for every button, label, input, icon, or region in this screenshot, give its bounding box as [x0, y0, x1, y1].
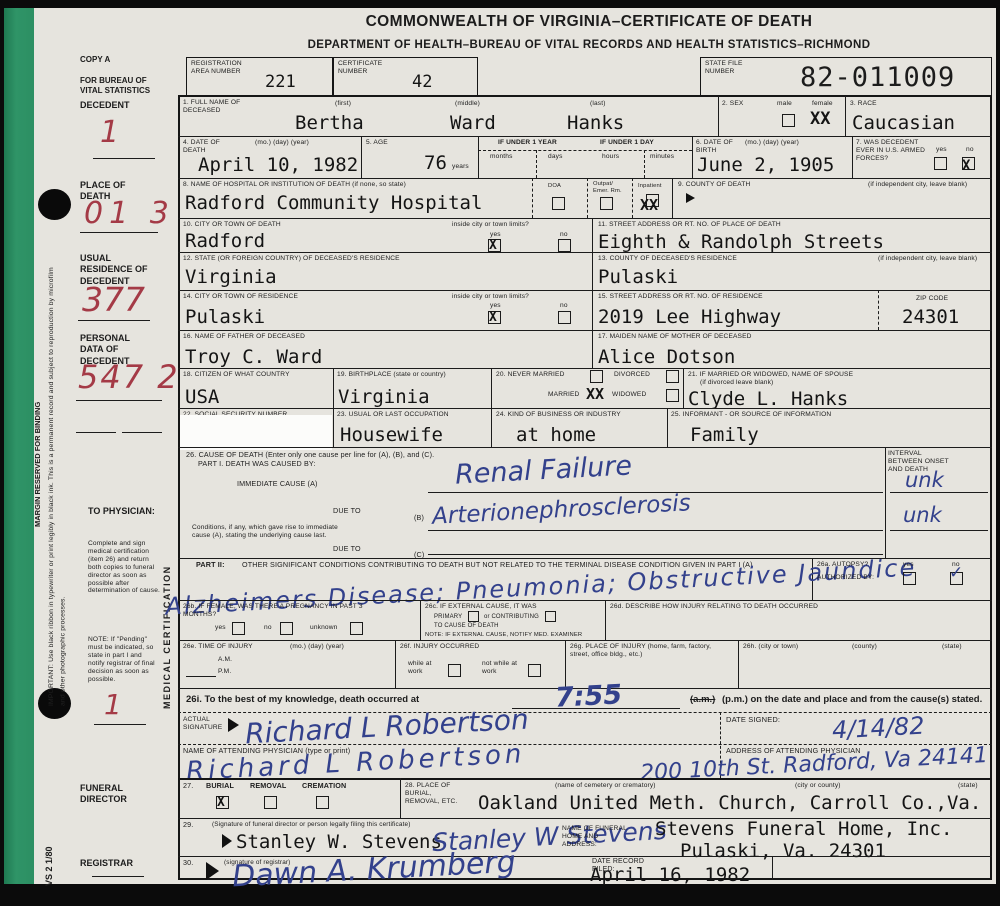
row-line: [178, 640, 992, 641]
funeral-home-label: NAME OF FUNERAL HOME AND ADDRESS:: [562, 825, 628, 849]
state-file-value: 82-011009: [800, 62, 955, 93]
cremation-label: CREMATION: [302, 782, 346, 791]
burial-city-hint: (city or county): [795, 782, 841, 790]
hole-punch-top: [38, 189, 71, 220]
residence-limits-label: inside city or town limits?: [452, 293, 529, 301]
minutes-label: minutes: [650, 153, 674, 161]
row-line: [178, 136, 992, 137]
margin-pending-note: NOTE: If "Pending" must be indicated, so…: [88, 636, 160, 683]
row-line: [178, 778, 992, 780]
part1-label: PART I. DEATH WAS CAUSED BY:: [198, 460, 316, 469]
actual-signature-label: ACTUAL SIGNATURE: [183, 716, 223, 732]
injury-occurred-label: 26f. INJURY OCCURRED: [400, 643, 479, 651]
limits-yes-mark: X: [489, 238, 497, 253]
widowed-checkbox: [666, 389, 679, 402]
birthplace-label: 19. BIRTHPLACE (state or country): [337, 371, 446, 379]
margin-funeral-label: FUNERAL DIRECTOR: [80, 783, 140, 806]
middle-label: (middle): [455, 100, 480, 108]
divorced-label: DIVORCED: [614, 371, 650, 379]
interval-b-line: [890, 530, 988, 531]
b-label: (B): [414, 514, 424, 523]
autopsy-label: 26a. AUTOPSY?: [817, 561, 868, 569]
burial-mark: X: [217, 795, 225, 810]
page-subtitle: DEPARTMENT OF HEALTH–BUREAU OF VITAL REC…: [186, 39, 992, 51]
father-label: 16. NAME OF FATHER OF DECEASED: [183, 333, 305, 341]
sex-female-label: female: [812, 100, 833, 108]
outpatient-label: Outpat/ Emer. Rm.: [593, 181, 627, 195]
field1-label: 1. FULL NAME OF DECEASED: [183, 99, 253, 115]
dashed-row-line: [178, 712, 992, 713]
pregnancy-no-label: no: [264, 624, 272, 632]
divider: [592, 252, 593, 290]
pregnancy-unknown-checkbox: [350, 622, 363, 635]
residence-limits-yes-label: yes: [490, 302, 501, 310]
armed-forces-label: 7. WAS DECEDENT EVER IN U.S. ARMED FORCE…: [856, 139, 931, 163]
primary-checkbox: [468, 611, 479, 622]
zip-value: 24301: [902, 306, 959, 328]
medical-certification-vertical-label: MEDICAL CERTIFICATION: [162, 447, 173, 709]
while-at-work-checkbox: [448, 664, 461, 677]
sex-label: 2. SEX: [722, 100, 743, 108]
interval-a-line: [890, 492, 988, 493]
burial-label: BURIAL: [206, 782, 234, 791]
street-of-death-label: 11. STREET ADDRESS OR RT. NO. OF PLACE O…: [598, 221, 781, 229]
residence-street-label: 15. STREET ADDRESS OR RT. NO. OF RESIDEN…: [598, 293, 763, 301]
mother-label: 17. MAIDEN NAME OF MOTHER OF DECEASED: [598, 333, 752, 341]
margin-line: [94, 724, 146, 725]
margin-physician-note: Complete and sign medical certification …: [88, 540, 160, 595]
armed-forces-no-label: no: [966, 146, 974, 154]
last-name-value: Hanks: [567, 112, 624, 134]
middle-name-value: Ward: [450, 112, 496, 134]
cemetery-hint: (name of cemetery or crematory): [555, 782, 656, 790]
divider: [491, 368, 492, 408]
margin-place-code: 01 3: [84, 196, 175, 231]
inpatient-mark: XX: [640, 196, 658, 214]
divider: [738, 640, 739, 688]
margin-line: [80, 232, 158, 233]
contributing-label: or CONTRIBUTING: [484, 614, 539, 621]
row-line: [178, 600, 992, 601]
pm-label: P.M.: [218, 668, 231, 676]
state-file-label: STATE FILE NUMBER: [705, 60, 760, 76]
married-mark: XX: [586, 385, 604, 403]
residence-city-value: Pulaski: [185, 306, 265, 328]
sex-male-checkbox: [782, 114, 795, 127]
pregnancy-unknown-label: unknown: [310, 624, 337, 632]
margin-personal-code: 547 2: [78, 358, 180, 396]
primary-label: PRIMARY: [434, 614, 462, 621]
autopsy-no-mark: ✓: [949, 563, 963, 583]
occupation-label: 23. USUAL OR LAST OCCUPATION: [337, 411, 449, 419]
divider: [592, 330, 593, 368]
city-of-death-value: Radford: [185, 230, 265, 252]
margin-residence-code: 377: [82, 280, 145, 319]
place-of-burial-value: Oakland United Meth. Church, Carroll Co.…: [478, 792, 981, 814]
dashed-line: [478, 150, 692, 151]
form-code: VS 2 1/80: [44, 816, 55, 886]
margin-line: [92, 876, 144, 877]
certificate-value: 42: [412, 72, 432, 92]
under-1-day-label: IF UNDER 1 DAY: [600, 139, 654, 147]
last-label: (last): [590, 100, 606, 108]
armed-forces-no-mark: X: [962, 158, 970, 174]
divider: [333, 368, 334, 408]
hospital-value: Radford Community Hospital: [185, 192, 482, 214]
margin-registrar-label: REGISTRAR: [80, 858, 133, 869]
immediate-cause-label: IMMEDIATE CAUSE (A): [237, 480, 318, 489]
never-married-checkbox: [590, 370, 603, 383]
occupation-value: Housewife: [340, 424, 443, 446]
field30-num: 30.: [183, 859, 193, 868]
divider: [420, 600, 421, 640]
page-title: COMMONWEALTH OF VIRGINIA–CERTIFICATE OF …: [186, 13, 992, 31]
funeral-signature-hint: (Signature of funeral director or person…: [212, 821, 411, 829]
dashed-divider: [536, 150, 537, 178]
pointer-icon: [686, 193, 695, 203]
zip-label: ZIP CODE: [916, 295, 948, 303]
city-limits-label: inside city or town limits?: [452, 221, 529, 229]
residence-state-label: 12. STATE (OR FOREIGN COUNTRY) OF DECEAS…: [183, 255, 400, 263]
limits-no-checkbox: [558, 239, 571, 252]
widowed-label: WIDOWED: [612, 391, 646, 399]
hours-label: hours: [602, 153, 619, 161]
death-occurred-prefix: 26i. To the best of my knowledge, death …: [186, 694, 419, 705]
cause-c-line: [428, 554, 883, 555]
spouse-value: Clyde L. Hanks: [688, 388, 848, 410]
row-line: [178, 330, 992, 331]
margin-to-physician-label: TO PHYSICIAN:: [88, 506, 158, 517]
am-strikethrough: (a.m.): [690, 694, 715, 705]
divider: [491, 408, 492, 447]
county-of-death-hint: (if independent city, leave blank): [868, 181, 967, 189]
divider: [592, 218, 593, 252]
margin-binding-note: MARGIN RESERVED FOR BINDING: [33, 322, 42, 527]
date-filed-value: April 16, 1982: [590, 864, 750, 886]
residence-street-value: 2019 Lee Highway: [598, 306, 781, 328]
divider: [718, 96, 719, 136]
city-of-death-label: 10. CITY OR TOWN OF DEATH: [183, 221, 281, 229]
due-to-c-label: DUE TO: [333, 545, 361, 554]
scan-edge-top: [0, 0, 1000, 8]
injury-state-label: (state): [942, 643, 962, 651]
dashed-divider: [878, 290, 879, 330]
hospital-label: 8. NAME OF HOSPITAL OR INSTITUTION OF DE…: [183, 181, 406, 189]
autopsy-yes-checkbox: [903, 572, 916, 585]
cause-b-line: [428, 530, 883, 531]
mother-value: Alice Dotson: [598, 346, 735, 368]
divider: [361, 136, 362, 178]
informant-label: 25. INFORMANT - OR SOURCE OF INFORMATION: [671, 411, 831, 419]
dashed-divider: [644, 150, 645, 178]
binding-stripe: [4, 0, 34, 884]
cremation-checkbox: [316, 796, 329, 809]
divider: [478, 136, 479, 178]
residence-county-value: Pulaski: [598, 266, 678, 288]
place-of-burial-label: 28. PLACE OF BURIAL, REMOVAL, ETC.: [405, 782, 465, 806]
time-of-injury-label: 26e. TIME OF INJURY: [183, 643, 253, 651]
death-certificate-scan: COMMONWEALTH OF VIRGINIA–CERTIFICATE OF …: [0, 0, 1000, 906]
divider: [605, 600, 606, 640]
doa-checkbox: [552, 197, 565, 210]
age-label: 5. AGE: [366, 139, 388, 147]
margin-decedent-label: DECEDENT: [80, 100, 130, 111]
row-line: [178, 252, 992, 253]
field29-num: 29.: [183, 821, 193, 830]
margin-important-note: IMPORTANT: Use black ribbon in typewrite…: [46, 258, 70, 706]
divider: [683, 368, 684, 408]
divider: [400, 778, 401, 818]
months-label: months: [490, 153, 513, 161]
row-line: [178, 408, 992, 409]
contributing-checkbox: [545, 611, 556, 622]
burial-state-hint: (state): [958, 782, 978, 790]
age-unit: years: [452, 163, 469, 171]
date-of-death-sub: (mo.) (day) (year): [255, 139, 309, 147]
removal-checkbox: [264, 796, 277, 809]
business-label: 24. KIND OF BUSINESS OR INDUSTRY: [496, 411, 621, 419]
under-1-year-label: IF UNDER 1 YEAR: [498, 139, 557, 147]
county-of-death-label: 9. COUNTY OF DEATH: [678, 181, 750, 189]
while-at-work-label: while at work: [408, 660, 440, 676]
first-name-value: Bertha: [295, 112, 364, 134]
margin-line: [93, 158, 155, 159]
divider: [845, 96, 846, 136]
external-cause-label: 26c. IF EXTERNAL CAUSE, IT WAS: [425, 603, 537, 611]
field27-num: 27.: [183, 782, 193, 791]
margin-line: [122, 432, 162, 433]
dob-label: 6. DATE OF BIRTH: [696, 139, 741, 155]
ssn-redaction-box: [180, 415, 332, 450]
residence-state-value: Virginia: [185, 266, 277, 288]
armed-forces-yes-label: yes: [936, 146, 947, 154]
removal-label: REMOVAL: [250, 782, 286, 791]
divorced-checkbox: [666, 370, 679, 383]
place-of-injury-label: 26g. PLACE OF INJURY (home, farm, factor…: [570, 643, 720, 659]
registration-value: 221: [265, 72, 296, 92]
residence-city-label: 14. CITY OR TOWN OF RESIDENCE: [183, 293, 298, 301]
row-line: [178, 178, 992, 179]
scan-edge-right: [996, 0, 1000, 906]
residence-county-label: 13. COUNTY OF DECEASED'S RESIDENCE: [598, 255, 737, 263]
residence-limits-yes-mark: X: [489, 310, 497, 325]
margin-decedent-code: 1: [100, 115, 119, 150]
divider: [333, 408, 334, 447]
funeral-home-name: Stevens Funeral Home, Inc.: [655, 818, 952, 840]
not-while-at-work-label: not while at work: [482, 660, 518, 676]
spouse-label: 21. IF MARRIED OR WIDOWED, NAME OF SPOUS…: [688, 371, 853, 379]
not-while-at-work-checkbox: [528, 664, 541, 677]
birthplace-value: Virginia: [338, 386, 430, 408]
date-of-death-label: 4. DATE OF DEATH: [183, 139, 243, 155]
never-married-label: 20. NEVER MARRIED: [496, 371, 565, 379]
injury-county-label: (county): [852, 643, 877, 651]
death-occurred-suffix: (p.m.) on the date and place and from th…: [722, 694, 982, 705]
am-label: A.M.: [218, 656, 232, 664]
street-of-death-value: Eighth & Randolph Streets: [598, 231, 884, 253]
first-label: (first): [335, 100, 351, 108]
row-line: [178, 368, 992, 369]
doa-label: DOA: [548, 183, 561, 190]
married-label: MARRIED: [548, 391, 579, 399]
dob-sub: (mo.) (day) (year): [745, 139, 799, 147]
residence-county-hint: (if independent city, leave blank): [878, 255, 977, 263]
pregnancy-no-checkbox: [280, 622, 293, 635]
pregnancy-label: 26b. IF FEMALE, WAS THERE A PREGNANCY IN…: [183, 603, 363, 619]
outpatient-checkbox: [600, 197, 613, 210]
pregnancy-yes-checkbox: [232, 622, 245, 635]
date-signed-value: 4/14/82: [831, 712, 925, 745]
copy-label: COPY A: [80, 55, 110, 65]
divider: [667, 408, 668, 447]
interval-b-value: unk: [903, 503, 942, 527]
injury-city-label: 26h. (city or town): [743, 643, 798, 651]
residence-limits-no-label: no: [560, 302, 568, 310]
interval-a-value: unk: [905, 468, 944, 492]
margin-funeral-code: 1: [104, 688, 122, 721]
pregnancy-yes-label: yes: [215, 624, 226, 632]
sex-female-mark: XX: [810, 109, 830, 129]
bureau-label: FOR BUREAU OF VITAL STATISTICS: [80, 76, 155, 96]
divider: [692, 136, 693, 178]
divider: [672, 178, 673, 218]
divider: [395, 640, 396, 688]
external-note: NOTE: IF EXTERNAL CAUSE, NOTIFY MED. EXA…: [425, 632, 582, 639]
dashed-row-line: [178, 744, 992, 745]
sex-male-label: male: [777, 100, 792, 108]
to-cause-label: TO CAUSE OF DEATH: [434, 623, 499, 630]
citizen-value: USA: [185, 386, 219, 408]
limits-no-label: no: [560, 231, 568, 239]
certificate-label: CERTIFICATE NUMBER: [338, 60, 400, 76]
date-of-death-value: April 10, 1982: [198, 154, 358, 176]
divider: [852, 136, 853, 178]
signature-pointer-icon: [228, 718, 239, 732]
margin-line: [76, 432, 116, 433]
dashed-divider: [532, 178, 533, 218]
conditions-note: Conditions, if any, which gave rise to i…: [192, 524, 342, 540]
race-value: Caucasian: [852, 112, 955, 134]
date-signed-label: DATE SIGNED:: [726, 715, 780, 724]
divider: [885, 447, 886, 558]
funeral-pointer-icon: [222, 834, 232, 848]
father-value: Troy C. Ward: [185, 346, 322, 368]
registration-label: REGISTRATION AREA NUMBER: [191, 60, 253, 76]
registrar-pointer-icon: [206, 862, 219, 880]
race-label: 3. RACE: [850, 100, 877, 108]
authorized-by-label: AUTHORIZED BY:: [817, 574, 874, 582]
citizen-label: 18. CITIZEN OF WHAT COUNTRY: [183, 371, 290, 379]
divider: [565, 640, 566, 688]
row-line: [178, 447, 992, 448]
describe-injury-label: 26d. DESCRIBE HOW INJURY RELATING TO DEA…: [610, 603, 818, 611]
divider: [772, 856, 773, 880]
autopsy-yes-label: yes: [903, 561, 914, 569]
row-line: [178, 218, 992, 219]
divider: [592, 290, 593, 330]
informant-value: Family: [690, 424, 759, 446]
spouse-hint: (if divorced leave blank): [700, 379, 773, 387]
business-value: at home: [516, 424, 596, 446]
dashed-divider: [587, 178, 588, 218]
time-of-death-value: 7:55: [554, 679, 623, 713]
inpatient-label: Inpatient: [638, 183, 662, 190]
funeral-home-city: Pulaski, Va. 24301: [680, 840, 886, 862]
time-line: [186, 676, 216, 677]
row-line: [178, 290, 992, 291]
time-of-injury-sub: (mo.) (day) (year): [290, 643, 344, 651]
scan-edge-bottom: [0, 884, 1000, 906]
residence-limits-no-checkbox: [558, 311, 571, 324]
margin-line: [78, 320, 150, 321]
armed-forces-yes-checkbox: [934, 157, 947, 170]
days-label: days: [548, 153, 563, 161]
due-to-b-label: DUE TO: [333, 507, 361, 516]
margin-line: [76, 400, 162, 401]
age-value: 76: [424, 152, 447, 174]
dob-value: June 2, 1905: [697, 154, 834, 176]
scan-edge-left: [0, 0, 4, 906]
part2-label: PART II:: [196, 561, 225, 570]
dashed-divider: [632, 178, 633, 218]
